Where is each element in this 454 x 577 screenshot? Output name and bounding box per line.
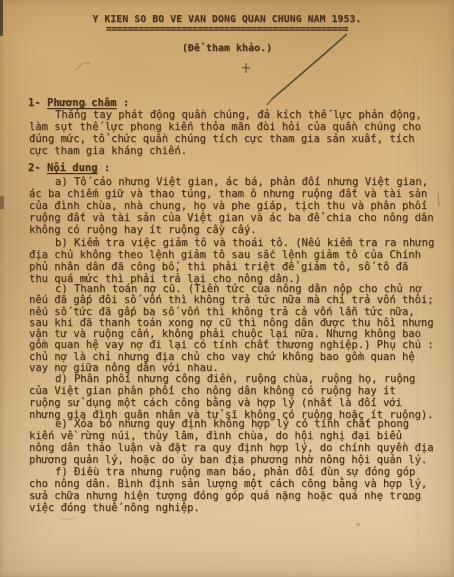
text-line: ruộng sử dụng một cách công bằng và hợp … [29,398,449,410]
text-line: đúng mức, tổ chức quần chúng tích cực th… [29,134,449,146]
paper-crease [417,0,419,577]
faint-smudge [60,516,76,520]
text-line: của đình chùa, nhà chung, họ và phe giáp… [29,201,449,213]
section-number: 2- [28,162,47,174]
text-line: phương quản lý, hoặc do ủy ban địa phươn… [29,455,449,467]
section-heading-colon: : [117,97,130,109]
section-number: 1- [28,97,47,109]
paragraph-phuong-cham: Thẳng tay phát động quần chúng, đả kích … [29,110,449,158]
paper-speck [84,103,87,106]
paragraph-c: c) Thanh toán nợ cũ. (Tiền tức của nông … [29,284,449,374]
text-line: nông dân thảo luận và đặt ra quy định hợ… [29,443,449,455]
scan-edge-mark [0,0,3,36]
paper-speck [356,523,360,526]
handwritten-stroke-tail [267,99,272,105]
section-heading-colon: : [98,162,111,174]
handwritten-dash-mark [404,498,413,500]
handwritten-cross-mark [242,63,250,73]
scanned-document-page: Y KIEN SO BO VE VAN DONG QUAN CHUNG NAM … [0,0,454,577]
section-heading-2: 2- Nội dung : [28,162,110,174]
paragraph-e: e) Xóa bỏ nhưng quy định không hợp lý có… [29,419,449,467]
text-line: ruộng đất và tài sản của Việt gian và ác… [29,213,449,225]
paragraph-b: b) Kiểm tra việc giảm tô và thoái tô. (N… [29,238,449,286]
text-line: nếu đã gấp đôi số vốn thì không trả tức … [29,295,449,306]
pencil-squiggle [76,63,90,70]
paragraph-f: f) Điều tra nhưng ruộng man báo, phản đố… [29,467,449,515]
document-subtitle: (Để tham khảo.) [0,43,454,54]
paragraph-d: d) Phân phối nhưng công điền, ruộng chùa… [29,374,449,422]
title-underline: ========================================… [0,24,454,35]
text-line: sửa chữa nhưng hiện tượng đóng góp quá n… [29,491,449,503]
paper-speck [196,236,198,238]
text-line: cực tham gia kháng chiến. [29,146,449,158]
section-heading-text: Phương châm [47,97,117,109]
text-line: việc đóng thuế nông nghiệp. [29,503,449,515]
text-line: phủ nhân dân đã công bố, thì phải triệt … [29,262,449,274]
text-line: không có ruộng hay ít ruộng cầy cấy. [29,225,449,237]
scan-edge-tick [0,196,4,209]
section-heading-1: 1- Phương châm : [28,97,129,109]
paragraph-a: a) Tố cáo nhưng Việt gian, ác bá, phản đ… [29,177,449,237]
section-heading-text: Nội dung [47,162,98,174]
